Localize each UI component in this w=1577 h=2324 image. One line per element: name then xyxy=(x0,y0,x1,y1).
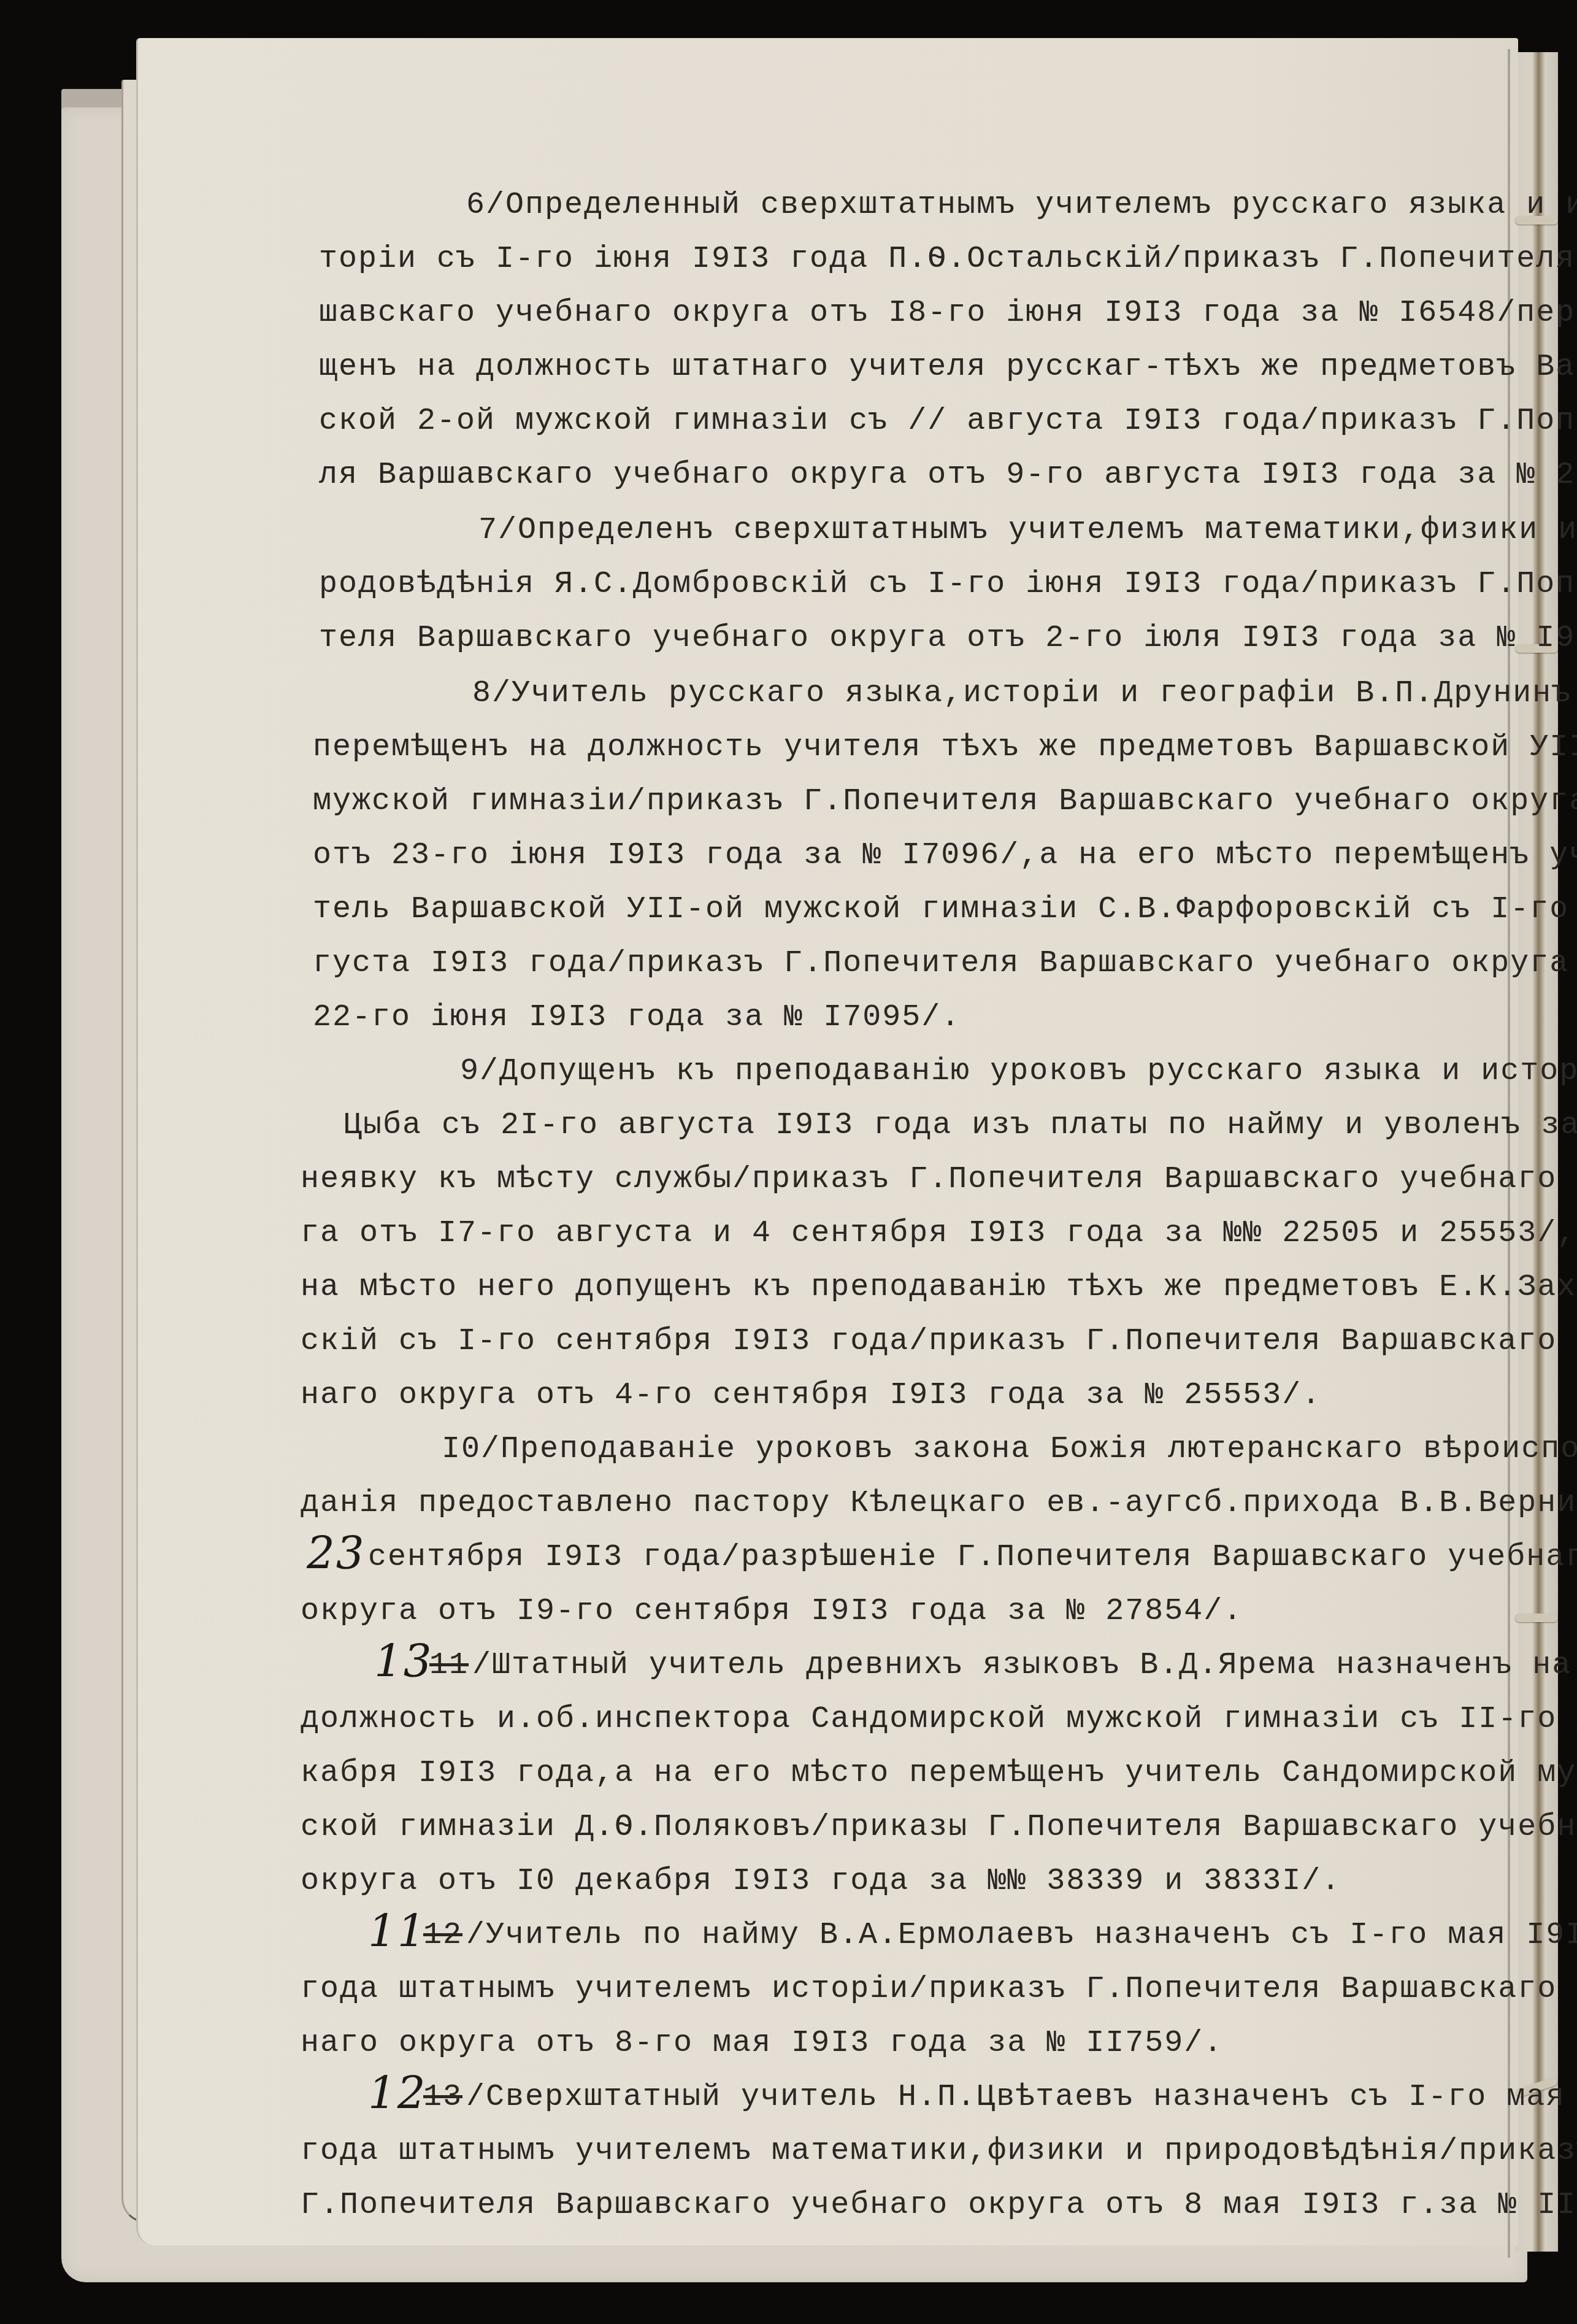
handwritten-paragraph-number: 13 xyxy=(374,1636,433,1687)
paragraph-6-line: шавскаго учебнаго округа отъ I8-го іюня … xyxy=(319,292,1577,335)
struck-paragraph-number: 11 xyxy=(429,1644,469,1687)
paragraph-13-line: округа отъ I0 декабря I9I3 года за №№ 38… xyxy=(301,1860,1341,1903)
paragraph-9-line: Цыба съ 2I-го августа I9I3 года изъ плат… xyxy=(343,1104,1577,1147)
handwritten-paragraph-number: 11 xyxy=(368,1906,427,1957)
handwritten-date-insert: 23 xyxy=(307,1528,366,1579)
paragraph-10-line: сентября I9I3 года/разрѣшеніе Г.Попечите… xyxy=(368,1536,1577,1579)
paragraph-13-line: ской гимназіи Д.Ѳ.Поляковъ/приказы Г.Поп… xyxy=(301,1806,1577,1849)
paragraph-8-line: тель Варшавской УII-ой мужской гимназіи … xyxy=(313,888,1577,931)
paragraph-9-line: скій съ I-го сентября I9I3 года/приказъ … xyxy=(301,1320,1577,1363)
paragraph-7-line: 7/Определенъ сверхштатнымъ учителемъ мат… xyxy=(478,509,1577,552)
paragraph-10-line: I0/Преподаваніе уроковъ закона Божія лют… xyxy=(442,1428,1577,1471)
paragraph-6-line: торіи съ I-го іюня I9I3 года П.Ѳ.Остальс… xyxy=(319,238,1577,281)
paragraph-6-line: ской 2-ой мужской гимназіи съ // августа… xyxy=(319,400,1577,443)
paragraph-8-line: перемѣщенъ на должность учителя тѣхъ же … xyxy=(313,726,1577,769)
paragraph-9-line: га отъ I7-го августа и 4 сентября I9I3 г… xyxy=(301,1212,1577,1255)
paragraph-11-line: года штатнымъ учителемъ исторіи/приказъ … xyxy=(301,1968,1577,2011)
paragraph-8-line: мужской гимназіи/приказъ Г.Попечителя Ва… xyxy=(313,780,1577,823)
paragraph-13-line: кабря I9I3 года,а на его мѣсто перемѣщен… xyxy=(301,1752,1577,1795)
paragraph-12-line: года штатнымъ учителемъ математики,физик… xyxy=(301,2130,1577,2173)
paragraph-9-line: неявку къ мѣсту службы/приказъ Г.Попечит… xyxy=(301,1158,1577,1201)
paragraph-9-line: 9/Допущенъ къ преподаванію уроковъ русск… xyxy=(460,1050,1577,1093)
binding-thread-lower xyxy=(1515,1614,1558,1622)
paragraph-6-line: ля Варшавскаго учебнаго округа отъ 9-го … xyxy=(319,454,1577,497)
paragraph-13-line: должность и.об.инспектора Сандомирской м… xyxy=(301,1698,1577,1741)
struck-paragraph-number: 13 xyxy=(423,2076,462,2119)
struck-paragraph-number: 12 xyxy=(423,1914,462,1957)
paragraph-12-line: /Сверхштатный учитель Н.П.Цвѣтаевъ назна… xyxy=(466,2076,1577,2119)
paragraph-10-line: данія предоставлено пастору Кѣлецкаго ев… xyxy=(301,1482,1577,1525)
paragraph-7-line: теля Варшавскаго учебнаго округа отъ 2-г… xyxy=(319,617,1577,660)
paragraph-9-line: на мѣсто него допущенъ къ преподаванію т… xyxy=(301,1266,1577,1309)
paragraph-8-line: густа I9I3 года/приказъ Г.Попечителя Вар… xyxy=(313,942,1577,985)
paragraph-8-line: 22-го іюня I9I3 года за № I7095/. xyxy=(313,996,961,1039)
paragraph-8-line: отъ 23-го іюня I9I3 года за № I7096/,а н… xyxy=(313,834,1577,877)
paragraph-7-line: родовѣдѣнія Я.С.Домбровскій съ I-го іюня… xyxy=(319,563,1577,606)
paragraph-8-line: 8/Учитель русскаго языка,исторіи и геогр… xyxy=(472,672,1571,715)
paragraph-12-line: Г.Попечителя Варшавскаго учебнаго округа… xyxy=(301,2184,1577,2227)
paragraph-10-line: округа отъ I9-го сентября I9I3 года за №… xyxy=(301,1590,1243,1633)
handwritten-paragraph-number: 12 xyxy=(368,2068,427,2119)
paragraph-9-line: наго округа отъ 4-го сентября I9I3 года … xyxy=(301,1374,1321,1417)
paragraph-11-line: /Учитель по найму В.А.Ермолаевъ назначен… xyxy=(466,1914,1577,1957)
paragraph-6-line: 6/Определенный сверхштатнымъ учителемъ р… xyxy=(466,184,1577,227)
paragraph-11-line: наго округа отъ 8-го мая I9I3 года за № … xyxy=(301,2022,1223,2065)
paragraph-6-line: щенъ на должность штатнаго учителя русск… xyxy=(319,346,1577,389)
paragraph-13-line: /Штатный учитель древнихъ языковъ В.Д.Яр… xyxy=(472,1644,1571,1687)
